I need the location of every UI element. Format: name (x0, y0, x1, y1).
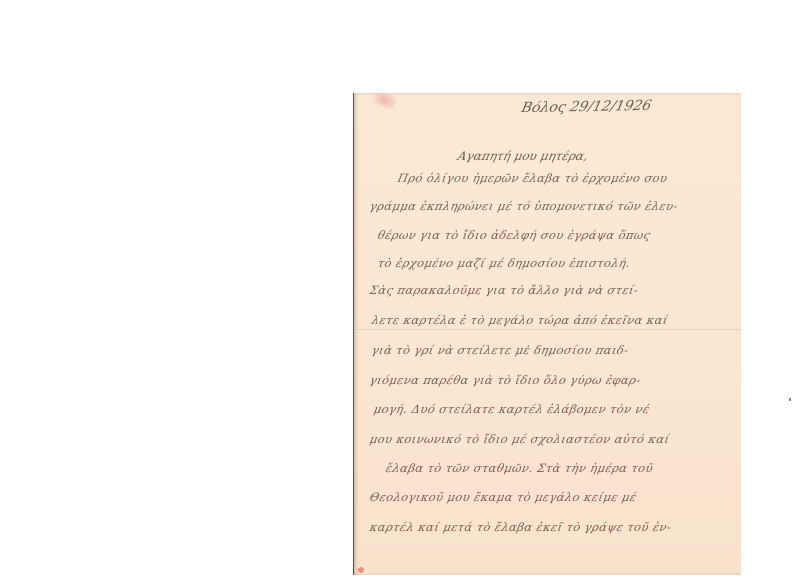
letter-line: Θεολογικοῦ μου ἔκαμα τὸ μεγάλο κείμε μέ (369, 490, 734, 504)
letter-line: καρτέλ καί μετά τὸ ἔλαβα ἐκεῖ τὸ γράψε τ… (369, 520, 734, 534)
letter-date: Βόλος 29/12/1926 (520, 98, 653, 116)
letter-line: Πρό ὀλίγου ἡμερῶν ἔλαβα τὸ ἐρχομένο σου (397, 171, 730, 185)
paper-stain (372, 93, 398, 111)
paper-stain-bottom (358, 567, 364, 573)
letter-line: λετε καρτέλα ἐ τὸ μεγάλο τώρα ἀπό ἐκεῖνα… (371, 313, 732, 327)
letter-line: μου κοινωνικό τὸ ἴδιο μέ σχολιαστέον αὐτ… (369, 432, 734, 446)
letter-page: Βόλος 29/12/1926 Αγαπητή μου μητέρα, Πρό… (354, 93, 741, 575)
letter-line: γιόμενα παρέθα γιὰ τὸ ἴδιο ὅλο γύρω ἐφαρ… (369, 373, 734, 387)
letter-line: γιὰ τὸ γρί νὰ στείλετε μὲ δημοσίου παιδ- (371, 343, 734, 357)
letter-salutation: Αγαπητή μου μητέρα, (456, 149, 589, 163)
letter-line: θέρων για τὸ ἴδιο ἀδελφή σου ἐγράψα ὅπως (377, 228, 734, 242)
letter-line: ἔλαβα τὸ τῶν σταθμῶν. Στὰ τὴν ἡμέρα τοῦ (385, 461, 734, 475)
scan-speck (789, 398, 791, 401)
letter-line: Σὰς παρακαλοῦμε για τὸ ἄλλο γιὰ νὰ στεί- (369, 283, 732, 297)
paper-fold-crease (354, 329, 741, 331)
letter-line: μογή. Δυό στείλατε καρτέλ ἐλάβομεν τὸν ν… (373, 402, 732, 416)
letter-line: γράμμα ἐκπληρώνει μέ τό ὑπομονετικό τῶν … (369, 199, 736, 213)
letter-line: τὸ ἐρχομένο μαζί μέ δημοσίου ἐπιστολή. (377, 256, 730, 270)
